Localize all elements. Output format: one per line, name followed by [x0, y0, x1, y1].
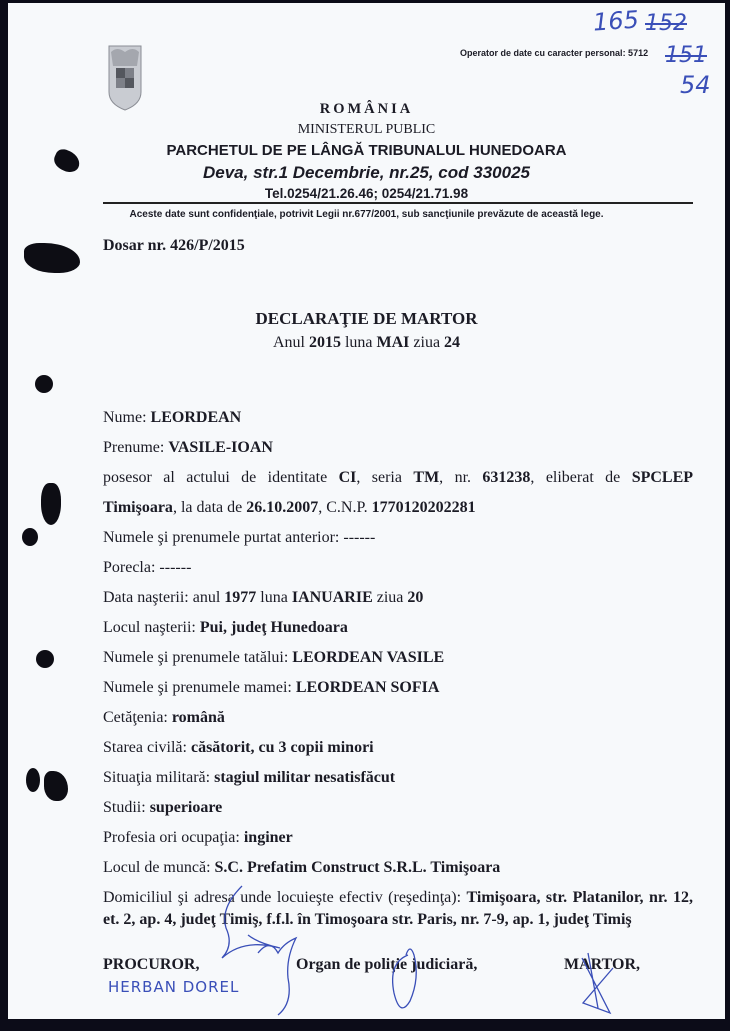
witness-signature [582, 953, 613, 1013]
police-signature [393, 949, 417, 1008]
signature-strokes [8, 3, 725, 1019]
prosecutor-signature [222, 886, 296, 1015]
document-page: Operator de date cu caracter personal: 5… [8, 3, 725, 1019]
